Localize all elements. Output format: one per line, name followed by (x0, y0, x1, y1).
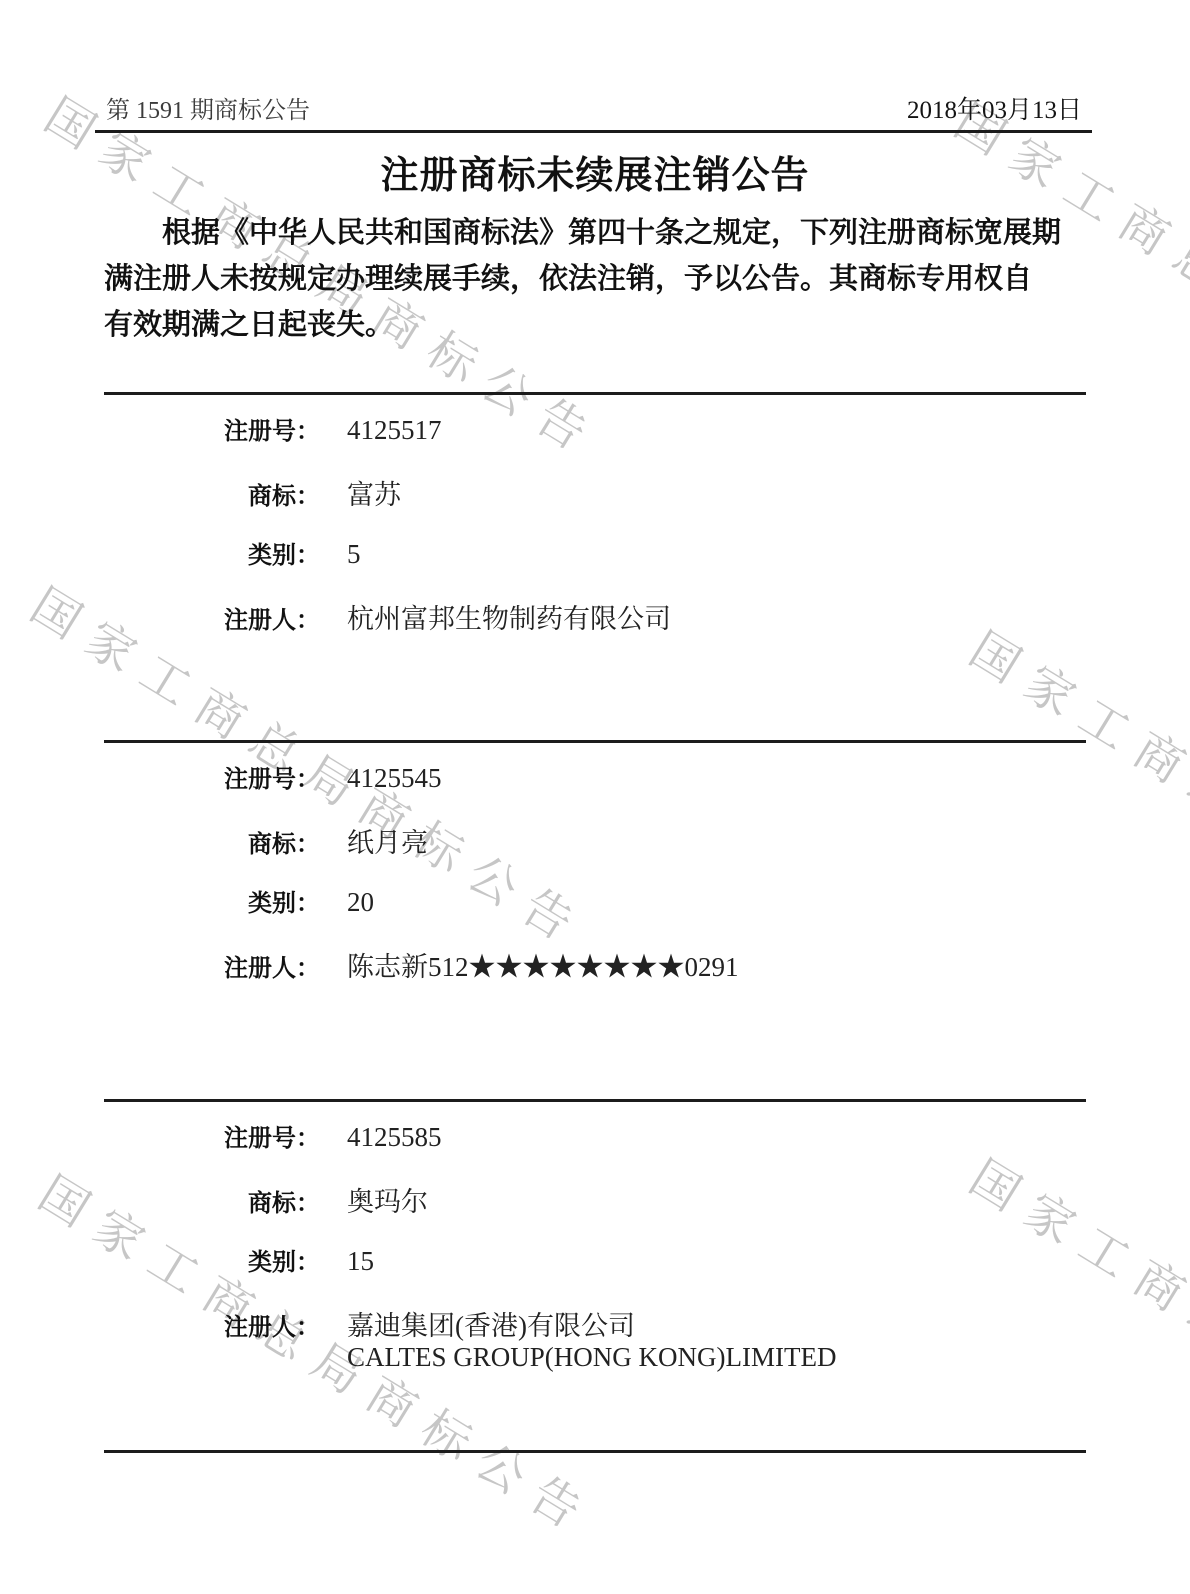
header-issue-number: 第 1591 期商标公告 (106, 90, 310, 125)
registrant-value: 嘉迪集团(香港)有限公司 (347, 1304, 635, 1343)
gazette-page: 国家工商总局商标公告 国家工商总局商标公告 国家工商总局商标公告 国家工商总局商… (0, 0, 1190, 1594)
class-value: 5 (347, 539, 361, 570)
registrant-row: 注册人：杭州富邦生物制药有限公司 (104, 597, 1086, 636)
trademark-label: 商标： (104, 824, 320, 859)
intro-line: 有效期满之日起丧失。 (104, 302, 1076, 348)
trademark-entry: 注册号：4125585 商标：奥玛尔 类别：15 注册人：嘉迪集团(香港)有限公… (104, 1099, 1086, 1450)
class-row: 类别：5 (104, 535, 1086, 570)
trademark-entry: 注册号：4125517 商标：富苏 类别：5 注册人：杭州富邦生物制药有限公司 (104, 392, 1086, 740)
class-value: 20 (347, 887, 374, 918)
registrant-value: 杭州富邦生物制药有限公司 (347, 597, 671, 636)
registrant-row: 注册人：嘉迪集团(香港)有限公司 (104, 1304, 1086, 1343)
trademark-row: 商标：富苏 (104, 473, 1086, 512)
registration-number-row: 注册号：4125517 (104, 411, 1086, 446)
registration-number-value: 4125517 (347, 415, 442, 446)
registration-number-value: 4125545 (347, 763, 442, 794)
intro-paragraph: 根据《中华人民共和国商标法》第四十条之规定，下列注册商标宽展期 满注册人未按规定… (104, 210, 1076, 348)
class-label: 类别： (104, 1242, 320, 1277)
registration-number-value: 4125585 (347, 1122, 442, 1153)
trademark-label: 商标： (104, 476, 320, 511)
entry-divider-rule (104, 740, 1086, 743)
trademark-label: 商标： (104, 1183, 320, 1218)
registrant-label: 注册人： (104, 1307, 320, 1342)
header-rule (95, 130, 1092, 133)
class-value: 15 (347, 1246, 374, 1277)
registration-number-label: 注册号： (104, 759, 320, 794)
trademark-value: 奥玛尔 (347, 1180, 428, 1219)
trademark-entry: 注册号：4125545 商标：纸月亮 类别：20 注册人：陈志新512★★★★★… (104, 740, 1086, 1099)
class-label: 类别： (104, 883, 320, 918)
registrant-row: 注册人：陈志新512★★★★★★★★0291 (104, 945, 1086, 984)
entry-divider-rule (104, 392, 1086, 395)
entry-divider-rule (104, 1099, 1086, 1102)
header-date: 2018年03月13日 (907, 90, 1082, 126)
class-label: 类别： (104, 535, 320, 570)
trademark-value: 富苏 (347, 473, 401, 512)
trademark-row: 商标：奥玛尔 (104, 1180, 1086, 1219)
registrant-english-row: CALTES GROUP(HONG KONG)LIMITED (104, 1342, 1086, 1373)
bottom-rule (104, 1450, 1086, 1453)
registrant-label: 注册人： (104, 948, 320, 983)
registration-number-label: 注册号： (104, 411, 320, 446)
registrant-english-value: CALTES GROUP(HONG KONG)LIMITED (347, 1342, 836, 1373)
registrant-value: 陈志新512★★★★★★★★0291 (347, 945, 739, 984)
trademark-row: 商标：纸月亮 (104, 821, 1086, 860)
registration-number-row: 注册号：4125585 (104, 1118, 1086, 1153)
class-row: 类别：15 (104, 1242, 1086, 1277)
intro-line: 满注册人未按规定办理续展手续，依法注销，予以公告。其商标专用权自 (104, 256, 1076, 302)
registration-number-label: 注册号： (104, 1118, 320, 1153)
trademark-value: 纸月亮 (347, 821, 428, 860)
registrant-label: 注册人： (104, 600, 320, 635)
page-title: 注册商标未续展注销公告 (104, 144, 1086, 199)
class-row: 类别：20 (104, 883, 1086, 918)
intro-line: 根据《中华人民共和国商标法》第四十条之规定，下列注册商标宽展期 (104, 210, 1076, 256)
registration-number-row: 注册号：4125545 (104, 759, 1086, 794)
